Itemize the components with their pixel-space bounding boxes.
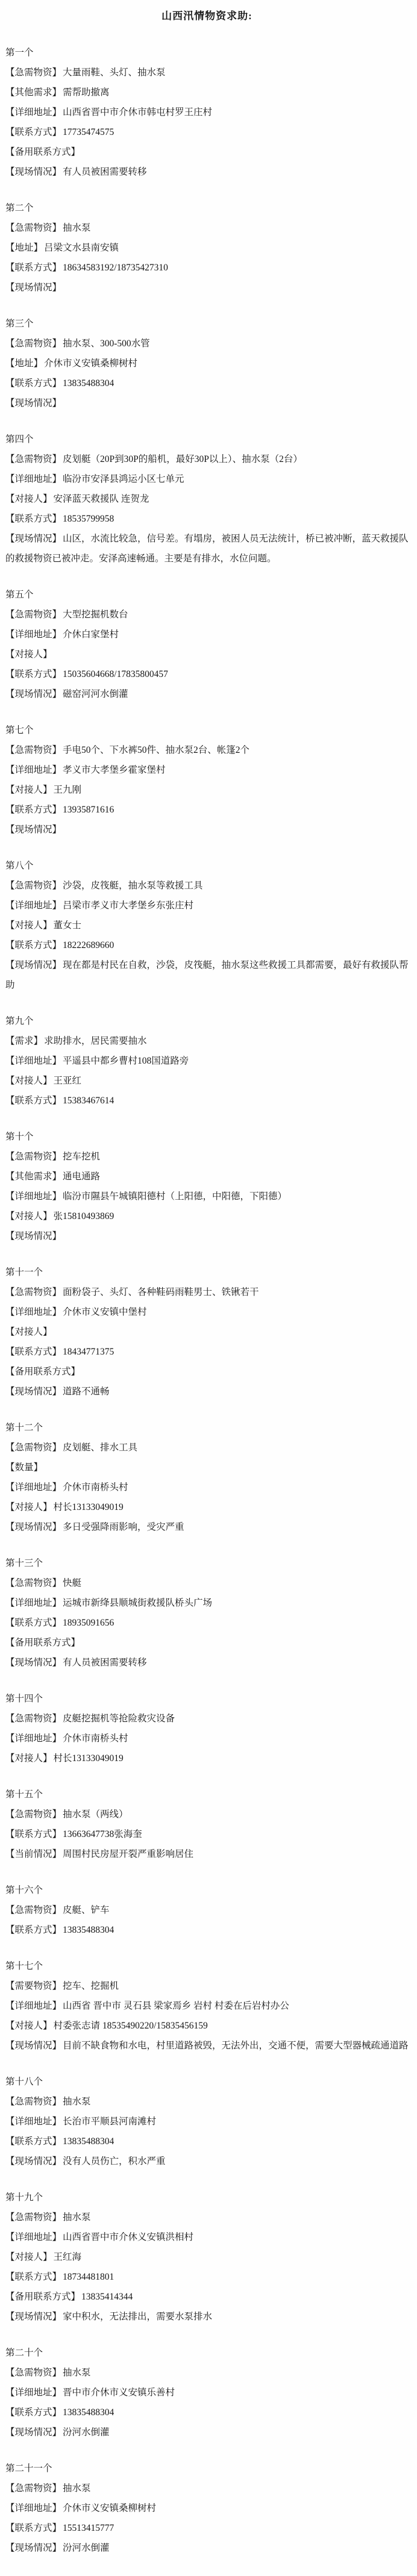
field-label: 【现场情况】 [5,534,61,544]
field-line: 【联系方式】18434771375 [5,1342,409,1362]
field-label: 【需求】 [5,1036,43,1046]
field-value: 13835488304 [63,2136,114,2147]
field-line: 【现场情况】 [5,278,409,298]
field-value: 王亚红 [54,1076,82,1086]
field-label: 【对接人】 [5,2252,52,2262]
field-line: 【现场情况】没有人员伤亡，积水严重 [5,2151,409,2171]
field-label: 【对接人】 [5,2021,52,2031]
field-label: 【急需物资】 [5,1152,61,1162]
field-label: 【急需物资】 [5,881,61,891]
field-value: 大型挖掘机数台 [63,610,128,620]
field-value: 道路不通畅 [63,1386,110,1397]
field-value: 山区，水流比较急，信号差。有塌房，被困人员无法统计，桥已被冲断，蓝天救援队的救援… [5,534,409,564]
field-label: 【详细地址】 [5,1733,61,1744]
field-label: 【联系方式】 [5,1829,61,1839]
section-heading: 第十四个 [5,1689,409,1709]
field-label: 【现场情况】 [5,2427,61,2437]
field-line: 【对接人】董女士 [5,915,409,935]
field-label: 【备用联系方式】 [5,1638,80,1648]
field-value: 18535799958 [63,514,114,524]
field-value: 求助排水，居民需要抽水 [44,1036,147,1046]
field-line: 【详细地址】介休白家堡村 [5,625,409,644]
field-value: 13835488304 [63,2407,114,2418]
field-value: 村长13133049019 [54,1753,124,1764]
field-label: 【急需物资】 [5,1287,61,1297]
field-value: 山西省晋中市介休市韩屯村罗王庄村 [63,107,212,117]
section-heading: 第一个 [5,43,409,63]
request-section: 第七个【急需物资】手电50个、下水裤50件、抽水泵2台、帐篷2个【详细地址】孝义… [5,720,409,840]
field-line: 【急需物资】挖车挖机 [5,1147,409,1167]
field-value: 周围村民房屋开裂严重影响居住 [63,1849,193,1859]
field-value: 多日受强降雨影响，受灾严重 [63,1522,184,1532]
field-value: 13835488304 [63,378,114,388]
field-label: 【详细地址】 [5,1598,61,1608]
field-value: 有人员被困需要转移 [63,167,147,177]
field-line: 【详细地址】介休市南桥头村 [5,1477,409,1497]
field-label: 【现场情况】 [5,1231,61,1241]
section-heading: 第十七个 [5,1956,409,1976]
section-heading: 第二个 [5,198,409,218]
field-label: 【联系方式】 [5,1096,61,1106]
page-title: 山西汛情物资求助: [5,6,409,27]
field-label: 【对接人】 [5,920,52,931]
field-line: 【急需物资】抽水泵 [5,2363,409,2383]
request-section: 第十三个【急需物资】快艇【详细地址】运城市新绛县顺城街救援队桥头广场【联系方式】… [5,1553,409,1673]
field-line: 【对接人】村长13133049019 [5,1497,409,1517]
field-line: 【需要物资】挖车、挖掘机 [5,1976,409,1996]
field-line: 【备用联系方式】 [5,1362,409,1382]
field-value: 需帮助撤离 [63,87,110,98]
section-heading: 第七个 [5,720,409,740]
field-value: 皮划艇、排水工具 [63,1442,137,1453]
field-line: 【急需物资】手电50个、下水裤50件、抽水泵2台、帐篷2个 [5,740,409,760]
field-value: 吕梁市孝义市大孝堡乡东张庄村 [63,900,193,911]
field-line: 【急需物资】皮划艇（20P到30P的船机，最好30P以上）、抽水泵（2台） [5,449,409,469]
field-label: 【联系方式】 [5,2136,61,2147]
field-line: 【详细地址】临汾市安泽县鸿运小区七单元 [5,469,409,489]
field-label: 【联系方式】 [5,1618,61,1628]
field-line: 【现场情况】现在都是村民在自救，沙袋，皮筏艇，抽水泵这些救援工具都需要，最好有救… [5,955,409,995]
field-value: 山西省 晋中市 灵石县 梁家焉乡 岩村 村委在后岩村办公 [63,2001,289,2011]
field-line: 【联系方式】13835488304 [5,2403,409,2422]
field-label: 【详细地址】 [5,2503,61,2513]
field-label: 【备用联系方式】 [5,147,80,157]
field-value: 村委张志请 18535490220/15835456159 [54,2021,208,2031]
field-line: 【急需物资】抽水泵 [5,2207,409,2227]
field-line: 【急需物资】抽水泵、300-500水管 [5,334,409,354]
request-section: 第十个【急需物资】挖车挖机【其他需求】通电通路【详细地址】临汾市隰县午城镇阳德村… [5,1127,409,1246]
field-line: 【对接人】王亚红 [5,1071,409,1091]
field-value: 家中积水，无法排出，需要水泵排水 [63,2312,212,2322]
section-heading: 第十三个 [5,1553,409,1573]
field-value: 晋中市介休市义安镇乐善村 [63,2387,175,2398]
section-heading: 第十二个 [5,1418,409,1438]
field-line: 【急需物资】快艇 [5,1573,409,1593]
field-line: 【急需物资】抽水泵（两线） [5,1804,409,1824]
field-line: 【地址】介休市义安镇桑柳树村 [5,354,409,373]
field-value: 介休市义安镇桑柳树村 [44,358,137,369]
field-value: 王红海 [54,2252,82,2262]
field-line: 【对接人】王九刚 [5,780,409,800]
field-line: 【急需物资】皮划艇、排水工具 [5,1438,409,1458]
field-line: 【联系方式】13663647738张海奎 [5,1824,409,1844]
field-value: 13663647738张海奎 [63,1829,142,1839]
field-line: 【联系方式】13835488304 [5,373,409,393]
field-line: 【详细地址】吕梁市孝义市大孝堡乡东张庄村 [5,896,409,915]
field-value: 运城市新绛县顺城街救援队桥头广场 [63,1598,212,1608]
field-line: 【数量】 [5,1458,409,1477]
field-line: 【详细地址】运城市新绛县顺城街救援队桥头广场 [5,1593,409,1613]
field-label: 【急需物资】 [5,454,61,464]
request-section: 第九个【需求】求助排水，居民需要抽水【详细地址】平遥县中都乡曹村108国道路旁【… [5,1011,409,1111]
field-value: 长治市平顺县河南滩村 [63,2116,156,2127]
field-line: 【对接人】村委张志请 18535490220/15835456159 [5,2016,409,2036]
field-value: 介休市南桥头村 [63,1733,128,1744]
field-value: 抽水泵 [63,2212,91,2222]
request-section: 第五个【急需物资】大型挖掘机数台【详细地址】介休白家堡村【对接人】【联系方式】1… [5,585,409,704]
field-value: 抽水泵 [63,2483,91,2493]
field-value: 目前不缺食物和水电，村里道路被毁，无法外出，交通不便，需要大型器械疏通道路 [63,2041,409,2051]
field-value: 抽水泵 [63,2368,91,2378]
field-label: 【详细地址】 [5,765,61,775]
field-label: 【急需物资】 [5,2212,61,2222]
field-value: 15035604668/17835800457 [63,669,168,679]
field-value: 临汾市隰县午城镇阳德村（上阳德，中阳德，下阳德） [63,1191,287,1202]
field-value: 18434771375 [63,1347,114,1357]
field-label: 【急需物资】 [5,338,61,349]
field-line: 【急需物资】抽水泵 [5,2478,409,2498]
field-value: 临汾市安泽县鸿运小区七单元 [63,474,184,484]
field-label: 【急需物资】 [5,1442,61,1453]
field-line: 【联系方式】15035604668/17835800457 [5,664,409,684]
field-line: 【备用联系方式】13835414344 [5,2287,409,2307]
field-label: 【对接人】 [5,1753,52,1764]
field-line: 【现场情况】 [5,393,409,413]
field-label: 【需要物资】 [5,1981,61,1991]
field-line: 【联系方式】18634583192/18735427310 [5,258,409,278]
field-value: 18734481801 [63,2272,114,2282]
field-value: 13835488304 [63,1925,114,1935]
field-label: 【详细地址】 [5,107,61,117]
field-value: 汾河水倒灌 [63,2543,110,2553]
section-heading: 第九个 [5,1011,409,1031]
field-line: 【现场情况】 [5,820,409,840]
field-label: 【对接人】 [5,785,52,795]
field-value: 18634583192/18735427310 [63,263,168,273]
field-line: 【其他需求】需帮助撤离 [5,83,409,102]
request-section: 第十六个【急需物资】皮艇、铲车【联系方式】13835488304 [5,1880,409,1940]
field-value: 孝义市大孝堡乡霍家堡村 [63,765,166,775]
field-label: 【现场情况】 [5,960,61,970]
field-value: 挖车、挖掘机 [63,1981,119,1991]
field-label: 【地址】 [5,243,43,253]
field-label: 【急需物资】 [5,1578,61,1588]
section-heading: 第三个 [5,314,409,334]
field-line: 【详细地址】山西省晋中市介休市韩屯村罗王庄村 [5,102,409,122]
field-line: 【其他需求】通电通路 [5,1167,409,1187]
request-section: 第十八个【急需物资】抽水泵【详细地址】长治市平顺县河南滩村【联系方式】13835… [5,2072,409,2171]
field-label: 【现场情况】 [5,2312,61,2322]
field-label: 【详细地址】 [5,1191,61,1202]
field-label: 【详细地址】 [5,2116,61,2127]
field-line: 【详细地址】介休市义安镇中堡村 [5,1302,409,1322]
field-line: 【联系方式】18734481801 [5,2267,409,2287]
field-label: 【联系方式】 [5,1347,61,1357]
field-value: 介休市南桥头村 [63,1482,128,1492]
field-label: 【当前情况】 [5,1849,61,1859]
field-value: 皮艇挖掘机等抢险救灾设备 [63,1714,175,1724]
field-label: 【急需物资】 [5,2097,61,2107]
field-line: 【联系方式】13835488304 [5,2132,409,2151]
field-label: 【详细地址】 [5,1056,61,1066]
field-line: 【详细地址】平遥县中都乡曹村108国道路旁 [5,1051,409,1071]
field-label: 【急需物资】 [5,1905,61,1915]
field-label: 【对接人】 [5,1327,52,1337]
request-section: 第二十一个【急需物资】抽水泵【详细地址】介休市义安镇桑柳树村【联系方式】1551… [5,2459,409,2558]
field-line: 【对接人】王红海 [5,2247,409,2267]
field-line: 【地址】吕梁文水县南安镇 [5,238,409,258]
field-value: 沙袋，皮筏艇，抽水泵等救援工具 [63,881,203,891]
field-line: 【现场情况】磁窑河河水倒灌 [5,684,409,704]
field-label: 【详细地址】 [5,1482,61,1492]
field-value: 18222689660 [63,940,114,950]
field-line: 【详细地址】孝义市大孝堡乡霍家堡村 [5,760,409,780]
field-label: 【急需物资】 [5,1809,61,1820]
field-line: 【现场情况】道路不通畅 [5,1382,409,1402]
field-value: 17735474575 [63,127,114,137]
field-line: 【详细地址】介休市南桥头村 [5,1729,409,1748]
field-label: 【详细地址】 [5,2387,61,2398]
field-value: 张15810493869 [54,1211,114,1221]
field-label: 【现场情况】 [5,2543,61,2553]
field-label: 【对接人】 [5,649,52,660]
request-sections-list: 第一个【急需物资】大量雨鞋、头灯、抽水泵【其他需求】需帮助撤离【详细地址】山西省… [5,43,409,2558]
field-label: 【备用联系方式】 [5,2292,80,2302]
field-line: 【详细地址】临汾市隰县午城镇阳德村（上阳德，中阳德，下阳德） [5,1187,409,1206]
field-line: 【详细地址】山西省晋中市介休义安镇洪相村 [5,2227,409,2247]
field-label: 【现场情况】 [5,2041,61,2051]
field-label: 【现场情况】 [5,689,61,699]
field-line: 【现场情况】多日受强降雨影响，受灾严重 [5,1517,409,1537]
request-section: 第十九个【急需物资】抽水泵【详细地址】山西省晋中市介休义安镇洪相村【对接人】王红… [5,2188,409,2327]
field-value: 磁窑河河水倒灌 [63,689,128,699]
field-line: 【对接人】 [5,1322,409,1342]
request-section: 第八个【急需物资】沙袋，皮筏艇，抽水泵等救援工具【详细地址】吕梁市孝义市大孝堡乡… [5,856,409,995]
field-label: 【现场情况】 [5,825,61,835]
field-label: 【联系方式】 [5,263,61,273]
field-line: 【现场情况】山区，水流比较急，信号差。有塌房，被困人员无法统计，桥已被冲断，蓝天… [5,529,409,569]
field-value: 村长13133049019 [54,1502,124,1512]
request-section: 第十七个【需要物资】挖车、挖掘机【详细地址】山西省 晋中市 灵石县 梁家焉乡 岩… [5,1956,409,2056]
field-line: 【当前情况】周围村民房屋开裂严重影响居住 [5,1844,409,1864]
field-label: 【急需物资】 [5,1714,61,1724]
field-value: 吕梁文水县南安镇 [44,243,119,253]
field-value: 手电50个、下水裤50件、抽水泵2台、帐篷2个 [63,745,249,755]
field-label: 【对接人】 [5,1076,52,1086]
field-line: 【急需物资】抽水泵 [5,2092,409,2112]
field-line: 【联系方式】18222689660 [5,935,409,955]
field-line: 【对接人】张15810493869 [5,1206,409,1226]
field-line: 【联系方式】18935091656 [5,1613,409,1633]
field-value: 15383467614 [63,1096,114,1106]
field-line: 【急需物资】皮艇挖掘机等抢险救灾设备 [5,1709,409,1729]
request-section: 第四个【急需物资】皮划艇（20P到30P的船机，最好30P以上）、抽水泵（2台）… [5,429,409,569]
field-line: 【急需物资】面粉袋子、头灯、各种鞋码雨鞋男士、铁锹若干 [5,1282,409,1302]
field-line: 【联系方式】18535799958 [5,509,409,529]
field-label: 【其他需求】 [5,87,61,98]
field-label: 【详细地址】 [5,629,61,640]
request-section: 第十四个【急需物资】皮艇挖掘机等抢险救灾设备【详细地址】介休市南桥头村【对接人】… [5,1689,409,1768]
field-label: 【地址】 [5,358,43,369]
field-value: 快艇 [63,1578,81,1588]
field-label: 【现场情况】 [5,1386,61,1397]
field-value: 18935091656 [63,1618,114,1628]
field-line: 【现场情况】汾河水倒灌 [5,2422,409,2442]
field-label: 【详细地址】 [5,2232,61,2242]
field-label: 【联系方式】 [5,127,61,137]
field-line: 【联系方式】13935871616 [5,800,409,820]
field-line: 【详细地址】晋中市介休市义安镇乐善村 [5,2383,409,2403]
field-label: 【对接人】 [5,494,52,504]
field-label: 【现场情况】 [5,2156,61,2166]
field-value: 抽水泵（两线） [63,1809,128,1820]
field-label: 【对接人】 [5,1502,52,1512]
field-line: 【联系方式】17735474575 [5,122,409,142]
field-label: 【联系方式】 [5,669,61,679]
field-label: 【急需物资】 [5,745,61,755]
field-line: 【对接人】安泽蓝天救援队 连贺龙 [5,489,409,509]
section-heading: 第二十个 [5,2343,409,2363]
field-line: 【详细地址】长治市平顺县河南滩村 [5,2112,409,2132]
field-value: 介休白家堡村 [63,629,119,640]
field-line: 【现场情况】目前不缺食物和水电，村里道路被毁，无法外出，交通不便，需要大型器械疏… [5,2036,409,2056]
field-line: 【急需物资】大型挖掘机数台 [5,605,409,625]
field-label: 【对接人】 [5,1211,52,1221]
field-line: 【急需物资】皮艇、铲车 [5,1900,409,1920]
field-label: 【联系方式】 [5,2272,61,2282]
field-value: 董女士 [54,920,82,931]
field-label: 【急需物资】 [5,610,61,620]
section-heading: 第二十一个 [5,2459,409,2478]
field-line: 【急需物资】抽水泵 [5,218,409,238]
field-value: 现在都是村民在自救，沙袋，皮筏艇，抽水泵这些救援工具都需要，最好有救援队帮助 [5,960,409,990]
field-label: 【联系方式】 [5,378,61,388]
field-value: 抽水泵、300-500水管 [63,338,150,349]
field-line: 【现场情况】有人员被困需要转移 [5,1653,409,1673]
section-heading: 第十八个 [5,2072,409,2092]
field-label: 【现场情况】 [5,282,61,293]
field-value: 皮划艇（20P到30P的船机，最好30P以上）、抽水泵（2台） [63,454,303,464]
field-value: 介休市义安镇中堡村 [63,1307,147,1317]
field-line: 【对接人】 [5,644,409,664]
field-label: 【急需物资】 [5,2483,61,2493]
request-section: 第二个【急需物资】抽水泵【地址】吕梁文水县南安镇【联系方式】1863458319… [5,198,409,298]
request-section: 第十一个【急需物资】面粉袋子、头灯、各种鞋码雨鞋男士、铁锹若干【详细地址】介休市… [5,1262,409,1402]
field-line: 【备用联系方式】 [5,1633,409,1653]
request-section: 第十五个【急需物资】抽水泵（两线）【联系方式】13663647738张海奎【当前… [5,1785,409,1864]
section-heading: 第四个 [5,429,409,449]
field-value: 有人员被困需要转移 [63,1658,147,1668]
field-line: 【联系方式】15513415777 [5,2518,409,2538]
field-label: 【联系方式】 [5,2407,61,2418]
field-value: 抽水泵 [63,223,91,233]
field-line: 【现场情况】家中积水，无法排出，需要水泵排水 [5,2307,409,2327]
request-section: 第一个【急需物资】大量雨鞋、头灯、抽水泵【其他需求】需帮助撤离【详细地址】山西省… [5,43,409,182]
field-line: 【对接人】村长13133049019 [5,1748,409,1768]
field-label: 【现场情况】 [5,167,61,177]
field-value: 皮艇、铲车 [63,1905,110,1915]
field-value: 王九刚 [54,785,82,795]
field-line: 【详细地址】山西省 晋中市 灵石县 梁家焉乡 岩村 村委在后岩村办公 [5,1996,409,2016]
section-heading: 第八个 [5,856,409,876]
field-line: 【现场情况】 [5,1226,409,1246]
field-line: 【备用联系方式】 [5,142,409,162]
field-line: 【联系方式】13835488304 [5,1920,409,1940]
field-line: 【需求】求助排水，居民需要抽水 [5,1031,409,1051]
field-value: 平遥县中都乡曹村108国道路旁 [63,1056,189,1066]
field-line: 【急需物资】沙袋，皮筏艇，抽水泵等救援工具 [5,876,409,896]
field-label: 【急需物资】 [5,2368,61,2378]
field-value: 通电通路 [63,1171,100,1182]
field-value: 介休市义安镇桑柳树村 [63,2503,156,2513]
section-heading: 第十九个 [5,2188,409,2207]
field-value: 大量雨鞋、头灯、抽水泵 [63,67,166,78]
field-label: 【现场情况】 [5,1658,61,1668]
field-value: 面粉袋子、头灯、各种鞋码雨鞋男士、铁锹若干 [63,1287,259,1297]
field-line: 【现场情况】有人员被困需要转移 [5,162,409,182]
field-label: 【联系方式】 [5,2523,61,2533]
field-label: 【详细地址】 [5,2001,61,2011]
field-value: 13935871616 [63,805,114,815]
section-heading: 第十五个 [5,1785,409,1804]
field-value: 汾河水倒灌 [63,2427,110,2437]
field-label: 【备用联系方式】 [5,1367,80,1377]
field-line: 【现场情况】汾河水倒灌 [5,2538,409,2558]
field-label: 【数量】 [5,1462,43,1473]
field-label: 【现场情况】 [5,1522,61,1532]
field-value: 挖车挖机 [63,1152,100,1162]
field-label: 【急需物资】 [5,67,61,78]
field-value: 没有人员伤亡，积水严重 [63,2156,166,2166]
field-label: 【其他需求】 [5,1171,61,1182]
field-label: 【联系方式】 [5,1925,61,1935]
field-label: 【现场情况】 [5,398,61,408]
field-value: 安泽蓝天救援队 连贺龙 [54,494,149,504]
document-page: 山西汛情物资求助: 第一个【急需物资】大量雨鞋、头灯、抽水泵【其他需求】需帮助撤… [0,0,417,2576]
field-label: 【联系方式】 [5,514,61,524]
field-label: 【急需物资】 [5,223,61,233]
field-line: 【详细地址】介休市义安镇桑柳树村 [5,2498,409,2518]
field-label: 【详细地址】 [5,1307,61,1317]
section-heading: 第十六个 [5,1880,409,1900]
request-section: 第三个【急需物资】抽水泵、300-500水管【地址】介休市义安镇桑柳树村【联系方… [5,314,409,413]
field-label: 【联系方式】 [5,805,61,815]
field-value: 13835414344 [81,2292,133,2302]
field-label: 【联系方式】 [5,940,61,950]
request-section: 第十二个【急需物资】皮划艇、排水工具【数量】【详细地址】介休市南桥头村【对接人】… [5,1418,409,1537]
field-value: 抽水泵 [63,2097,91,2107]
section-heading: 第十一个 [5,1262,409,1282]
request-section: 第二十个【急需物资】抽水泵【详细地址】晋中市介休市义安镇乐善村【联系方式】138… [5,2343,409,2442]
field-line: 【急需物资】大量雨鞋、头灯、抽水泵 [5,63,409,83]
field-label: 【详细地址】 [5,474,61,484]
section-heading: 第五个 [5,585,409,605]
field-value: 山西省晋中市介休义安镇洪相村 [63,2232,193,2242]
field-value: 15513415777 [63,2523,114,2533]
section-heading: 第十个 [5,1127,409,1147]
field-line: 【联系方式】15383467614 [5,1091,409,1111]
field-label: 【详细地址】 [5,900,61,911]
